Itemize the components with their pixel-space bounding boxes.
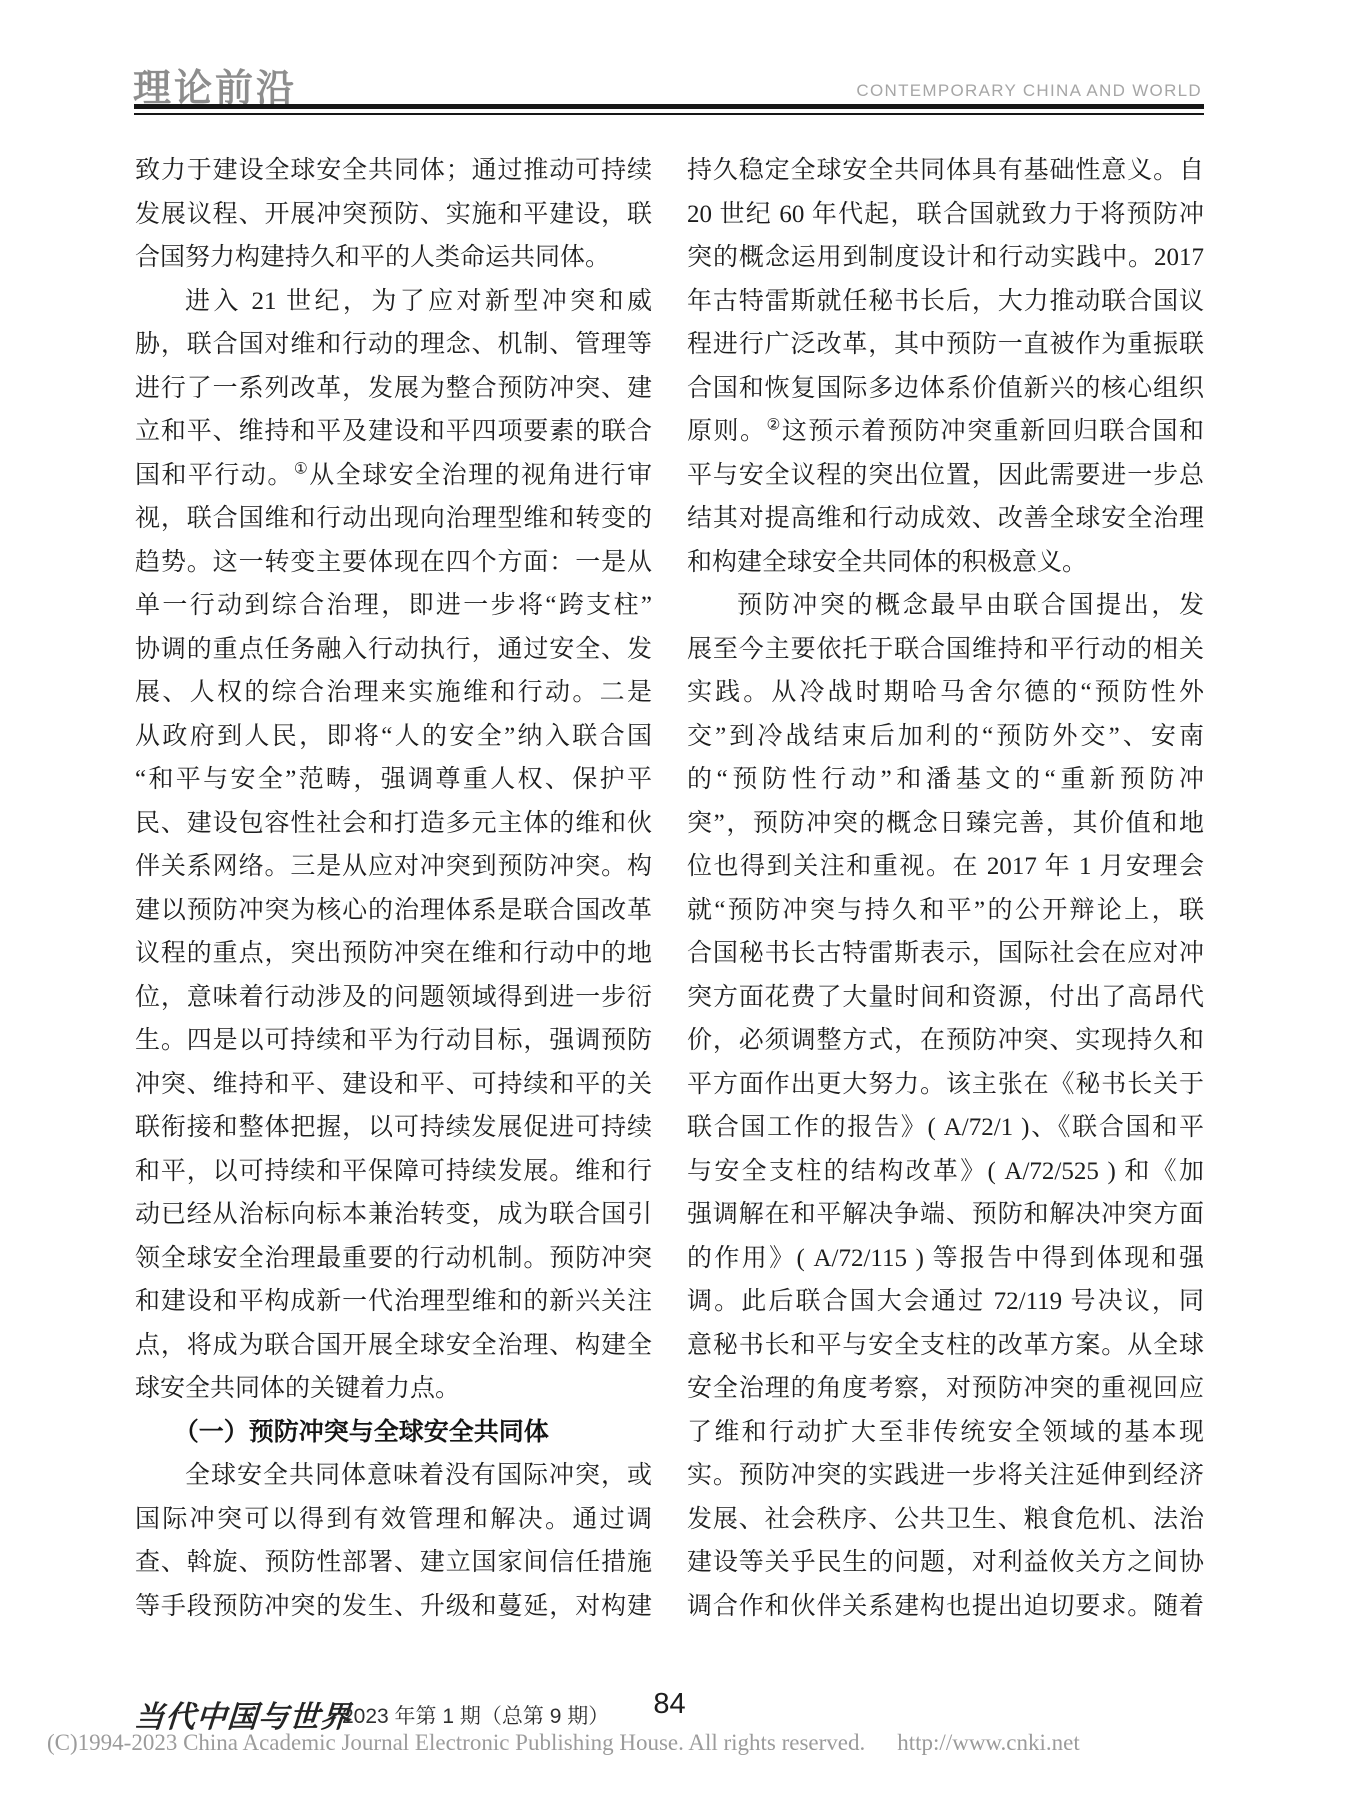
text-line: 进入 21 世纪，为了应对新型冲突和威	[135, 280, 652, 324]
footnote-marker: ②	[766, 417, 781, 434]
text-line: 协调的重点任务融入行动执行，通过安全、发	[135, 628, 652, 672]
text-line: 议程的重点，突出预防冲突在维和行动中的地	[135, 932, 652, 976]
journal-page: 理论前沿 CONTEMPORARY CHINA AND WORLD 致力于建设全…	[0, 0, 1357, 1797]
text-line: 和平，以可持续和平保障可持续发展。维和行	[135, 1150, 652, 1194]
text-line: 建以预防冲突为核心的治理体系是联合国改革	[135, 889, 652, 933]
text-line: 实践。从冷战时期哈马舍尔德的“预防性外	[687, 671, 1204, 715]
text-line: 展至今主要依托于联合国维持和平行动的相关	[687, 628, 1204, 672]
text-line: 程进行广泛改革，其中预防一直被作为重振联	[687, 323, 1204, 367]
text-line: 进行了一系列改革，发展为整合预防冲突、建	[135, 367, 652, 411]
text-line: 联合国工作的报告》( A/72/1 )、《联合国和平	[687, 1106, 1204, 1150]
text-line: 冲突、维持和平、建设和平、可持续和平的关	[135, 1063, 652, 1107]
text-line: 致力于建设全球安全共同体；通过推动可持续	[135, 149, 652, 193]
text-line: 视，联合国维和行动出现向治理型维和转变的	[135, 497, 652, 541]
text-line: 和构建全球安全共同体的积极意义。	[687, 541, 1204, 585]
text-line: 安全治理的角度考察，对预防冲突的重视回应	[687, 1367, 1204, 1411]
text-line: 20 世纪 60 年代起，联合国就致力于将预防冲	[687, 193, 1204, 237]
text-line: 突方面花费了大量时间和资源，付出了高昂代	[687, 976, 1204, 1020]
text-line: 全球安全共同体意味着没有国际冲突，或	[135, 1454, 652, 1498]
text-line: 了维和行动扩大至非传统安全领域的基本现	[687, 1411, 1204, 1455]
text-line: 国际冲突可以得到有效管理和解决。通过调	[135, 1498, 652, 1542]
text-line: 点，将成为联合国开展全球安全治理、构建全	[135, 1324, 652, 1368]
text-line: 生。四是以可持续和平为行动目标，强调预防	[135, 1019, 652, 1063]
text-line: 领全球安全治理最重要的行动机制。预防冲突	[135, 1237, 652, 1281]
text-line: 和建设和平构成新一代治理型维和的新兴关注	[135, 1280, 652, 1324]
text-line: 胁，联合国对维和行动的理念、机制、管理等	[135, 323, 652, 367]
text-line: 持久稳定全球安全共同体具有基础性意义。自	[687, 149, 1204, 193]
text-line: 合国秘书长古特雷斯表示，国际社会在应对冲	[687, 932, 1204, 976]
text-line: 动已经从治标向标本兼治转变，成为联合国引	[135, 1193, 652, 1237]
copyright-line: (C)1994-2023 China Academic Journal Elec…	[47, 1730, 1080, 1756]
text-line: 位，意味着行动涉及的问题领域得到进一步衍	[135, 976, 652, 1020]
right-text-column: 持久稳定全球安全共同体具有基础性意义。自20 世纪 60 年代起，联合国就致力于…	[687, 149, 1204, 1628]
sub-heading: （一）预防冲突与全球安全共同体	[135, 1411, 652, 1455]
text-line: 展、人权的综合治理来实施维和行动。二是	[135, 671, 652, 715]
text-line: 平与安全议程的突出位置，因此需要进一步总	[687, 454, 1204, 498]
text-line: 实。预防冲突的实践进一步将关注延伸到经济	[687, 1454, 1204, 1498]
copyright-text: (C)1994-2023 China Academic Journal Elec…	[47, 1730, 865, 1755]
text-line: 突的概念运用到制度设计和行动实践中。2017	[687, 236, 1204, 280]
text-line: 立和平、维持和平及建设和平四项要素的联合	[135, 410, 652, 454]
text-line: 就“预防冲突与持久和平”的公开辩论上，联	[687, 889, 1204, 933]
text-line: 强调解在和平解决争端、预防和解决冲突方面	[687, 1193, 1204, 1237]
text-line: 等手段预防冲突的发生、升级和蔓延，对构建	[135, 1585, 652, 1629]
cnki-url: http://www.cnki.net	[897, 1730, 1079, 1755]
text-line: 查、斡旋、预防性部署、建立国家间信任措施	[135, 1541, 652, 1585]
text-line: 建设等关乎民生的问题，对利益攸关方之间协	[687, 1541, 1204, 1585]
text-line: 原则。②这预示着预防冲突重新回归联合国和	[687, 410, 1204, 454]
text-line: 合国和恢复国际多边体系价值新兴的核心组织	[687, 367, 1204, 411]
text-line: 价，必须调整方式，在预防冲突、实现持久和	[687, 1019, 1204, 1063]
text-line: 发展、社会秩序、公共卫生、粮食危机、法治	[687, 1498, 1204, 1542]
text-line: 平方面作出更大努力。该主张在《秘书长关于	[687, 1063, 1204, 1107]
text-line: 年古特雷斯就任秘书长后，大力推动联合国议	[687, 280, 1204, 324]
text-line: 球安全共同体的关键着力点。	[135, 1367, 652, 1411]
left-text-column: 致力于建设全球安全共同体；通过推动可持续发展议程、开展冲突预防、实施和平建设，联…	[135, 149, 652, 1628]
text-line: 与安全支柱的结构改革》( A/72/525 ) 和《加	[687, 1150, 1204, 1194]
text-line: 趋势。这一转变主要体现在四个方面：一是从	[135, 541, 652, 585]
text-line: 伴关系网络。三是从应对冲突到预防冲突。构	[135, 845, 652, 889]
text-line: 民、建设包容性社会和打造多元主体的维和伙	[135, 802, 652, 846]
page-number: 84	[135, 1688, 1204, 1721]
text-line: 调合作和伙伴关系建构也提出迫切要求。随着	[687, 1585, 1204, 1629]
text-line: 国和平行动。①从全球安全治理的视角进行审	[135, 454, 652, 498]
header-rule-thin	[134, 113, 1204, 115]
text-line: 预防冲突的概念最早由联合国提出，发	[687, 584, 1204, 628]
text-line: 的作用》( A/72/115 ) 等报告中得到体现和强	[687, 1237, 1204, 1281]
text-line: 联衔接和整体把握，以可持续发展促进可持续	[135, 1106, 652, 1150]
journal-title-en: CONTEMPORARY CHINA AND WORLD	[856, 81, 1202, 101]
text-line: 发展议程、开展冲突预防、实施和平建设，联	[135, 193, 652, 237]
text-line: 单一行动到综合治理，即进一步将“跨支柱”	[135, 584, 652, 628]
text-line: “和平与安全”范畴，强调尊重人权、保护平	[135, 758, 652, 802]
text-line: 从政府到人民，即将“人的安全”纳入联合国	[135, 715, 652, 759]
header-rule-thick	[134, 104, 1204, 109]
text-line: 位也得到关注和重视。在 2017 年 1 月安理会	[687, 845, 1204, 889]
text-line: 交”到冷战结束后加利的“预防外交”、安南	[687, 715, 1204, 759]
text-line: 合国努力构建持久和平的人类命运共同体。	[135, 236, 652, 280]
text-line: 突”，预防冲突的概念日臻完善，其价值和地	[687, 802, 1204, 846]
text-line: 调。此后联合国大会通过 72/119 号决议，同	[687, 1280, 1204, 1324]
text-line: 结其对提高维和行动成效、改善全球安全治理	[687, 497, 1204, 541]
text-line: 的“预防性行动”和潘基文的“重新预防冲	[687, 758, 1204, 802]
text-line: 意秘书长和平与安全支柱的改革方案。从全球	[687, 1324, 1204, 1368]
footnote-marker: ①	[294, 460, 309, 477]
